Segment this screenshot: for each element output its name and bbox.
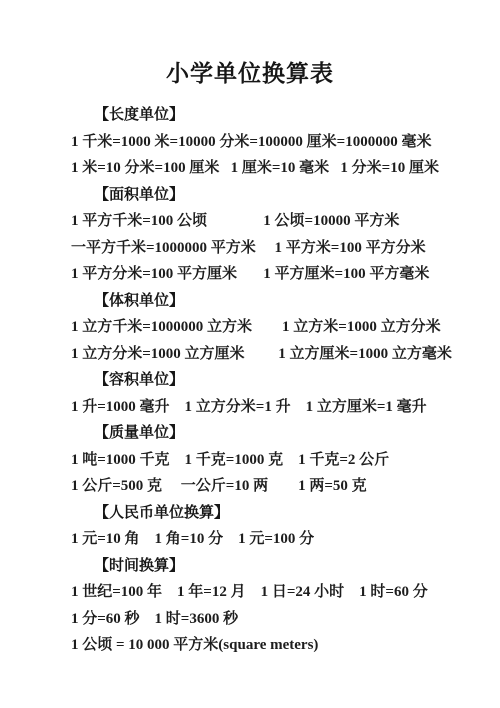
conversion-line: 1 米=10 分米=100 厘米 1 厘米=10 毫米 1 分米=10 厘米 bbox=[71, 155, 470, 182]
section-header-length: 【长度单位】 bbox=[71, 102, 470, 129]
page-title: 小学单位换算表 bbox=[0, 0, 500, 90]
conversion-line: 1 平方千米=100 公顷 1 公顷=10000 平方米 bbox=[71, 208, 470, 235]
section-header-time: 【时间换算】 bbox=[71, 553, 470, 580]
conversion-line: 1 吨=1000 千克 1 千克=1000 克 1 千克=2 公斤 bbox=[71, 447, 470, 474]
conversion-line: 1 分=60 秒 1 时=3600 秒 bbox=[71, 606, 470, 633]
section-header-currency: 【人民币单位换算】 bbox=[71, 500, 470, 527]
conversion-line: 1 世纪=100 年 1 年=12 月 1 日=24 小时 1 时=60 分 bbox=[71, 579, 470, 606]
section-header-volume: 【体积单位】 bbox=[71, 288, 470, 315]
conversion-line: 1 平方分米=100 平方厘米 1 平方厘米=100 平方毫米 bbox=[71, 261, 470, 288]
footnote-hectare: 1 公顷 = 10 000 平方米(square meters) bbox=[71, 632, 470, 659]
section-header-area: 【面积单位】 bbox=[71, 182, 470, 209]
conversion-line: 一平方千米=1000000 平方米 1 平方米=100 平方分米 bbox=[71, 235, 470, 262]
conversion-line: 1 公斤=500 克 一公斤=10 两 1 两=50 克 bbox=[71, 473, 470, 500]
section-header-capacity: 【容积单位】 bbox=[71, 367, 470, 394]
section-header-mass: 【质量单位】 bbox=[71, 420, 470, 447]
conversion-line: 1 千米=1000 米=10000 分米=100000 厘米=1000000 毫… bbox=[71, 129, 470, 156]
document-page: 小学单位换算表 【长度单位】 1 千米=1000 米=10000 分米=1000… bbox=[0, 0, 500, 708]
conversion-line: 1 立方分米=1000 立方厘米 1 立方厘米=1000 立方毫米 bbox=[71, 341, 470, 368]
document-body: 【长度单位】 1 千米=1000 米=10000 分米=100000 厘米=10… bbox=[0, 102, 500, 659]
conversion-line: 1 升=1000 毫升 1 立方分米=1 升 1 立方厘米=1 毫升 bbox=[71, 394, 470, 421]
conversion-line: 1 元=10 角 1 角=10 分 1 元=100 分 bbox=[71, 526, 470, 553]
conversion-line: 1 立方千米=1000000 立方米 1 立方米=1000 立方分米 bbox=[71, 314, 470, 341]
